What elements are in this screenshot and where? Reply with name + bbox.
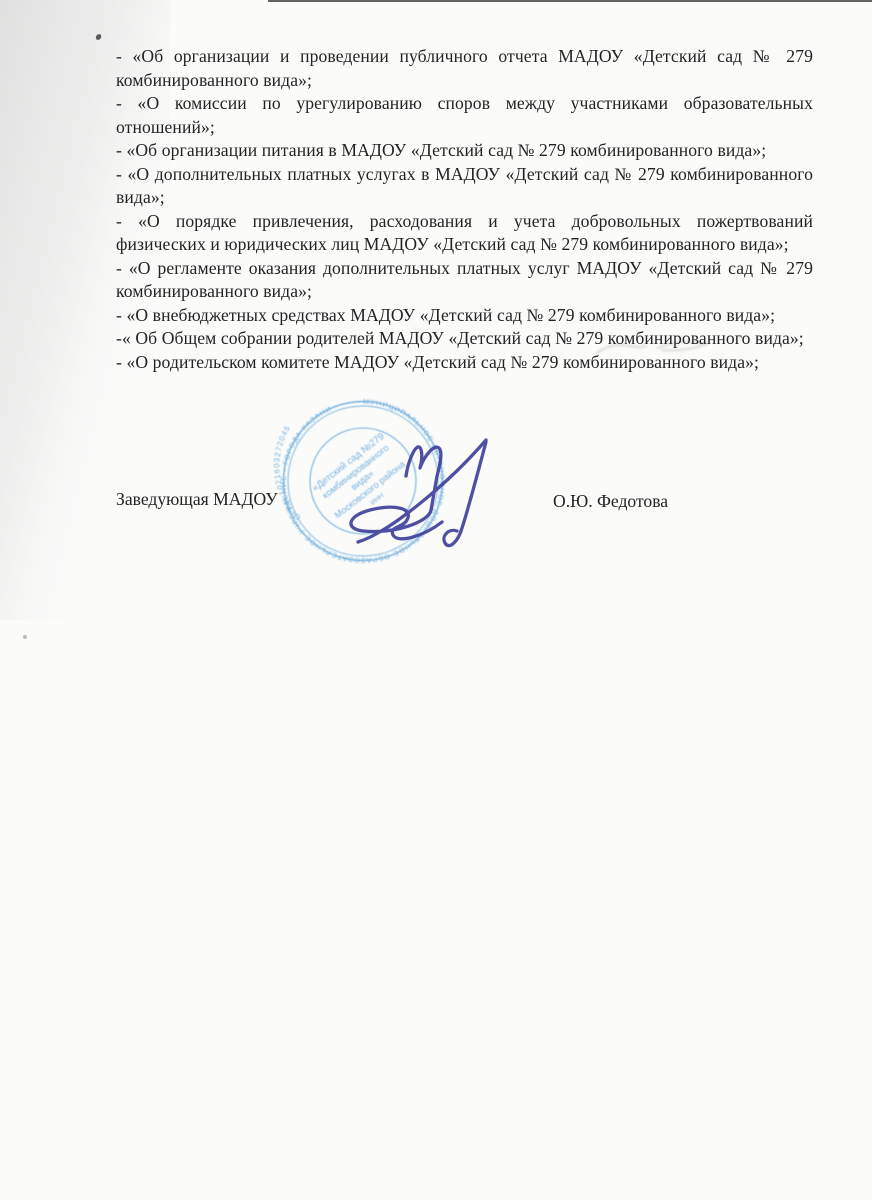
scan-top-edge-line (268, 0, 872, 2)
stamp-center-line: Московского района (333, 458, 408, 520)
stamp-center-line: ИНН (370, 492, 386, 507)
signer-role-label: Заведующая МАДОУ (116, 489, 278, 510)
policy-list-item: - «О комиссии по урегулированию споров м… (116, 92, 813, 139)
stamp-inner-circle (310, 428, 416, 534)
signature-stroke (444, 442, 486, 546)
stamp-center-line: вида» (348, 467, 375, 492)
policy-list-item: - «О внебюджетных средствах МАДОУ «Детск… (116, 304, 813, 328)
scan-speck (23, 635, 27, 639)
handwritten-signature (300, 410, 520, 570)
signature-stroke (351, 507, 442, 539)
scanned-document-page: { "page": { "background": "#fbfbfa" }, "… (0, 0, 872, 1200)
stamp-outer-circle (284, 402, 443, 561)
stamp-center-line: «Детский сад №279 (310, 431, 386, 494)
official-round-stamp: МУНИЦИПАЛЬНОЕ АВТОНОМНОЕ ДОШКОЛЬНОЕ ОБРА… (263, 381, 463, 581)
signature-stroke (406, 447, 441, 510)
policy-list-item: - «О дополнительных платных услугах в МА… (116, 163, 813, 210)
policy-list-item: - «Об организации питания в МАДОУ «Детск… (116, 139, 813, 163)
policy-list-item: - «О родительском комитете МАДОУ «Детски… (116, 351, 813, 375)
stamp-center-line: комбинированного (320, 442, 391, 501)
signature-stroke (358, 440, 486, 542)
scan-speck (95, 33, 102, 40)
policy-list-item: -« Об Общем собрании родителей МАДОУ «Де… (116, 327, 813, 351)
signer-name-label: О.Ю. Федотова (553, 491, 668, 512)
policy-list-item: - «Об организации и проведении публичног… (116, 45, 813, 92)
policy-list-item: - «О регламенте оказания дополнительных … (116, 257, 813, 304)
regulations-list: - «Об организации и проведении публичног… (116, 45, 813, 374)
stamp-ring-text: МУНИЦИПАЛЬНОЕ АВТОНОМНОЕ ДОШКОЛЬНОЕ ОБРА… (279, 397, 447, 565)
policy-list-item: - «О порядке привлечения, расходования и… (116, 210, 813, 257)
stamp-outer-circle-2 (288, 406, 438, 556)
